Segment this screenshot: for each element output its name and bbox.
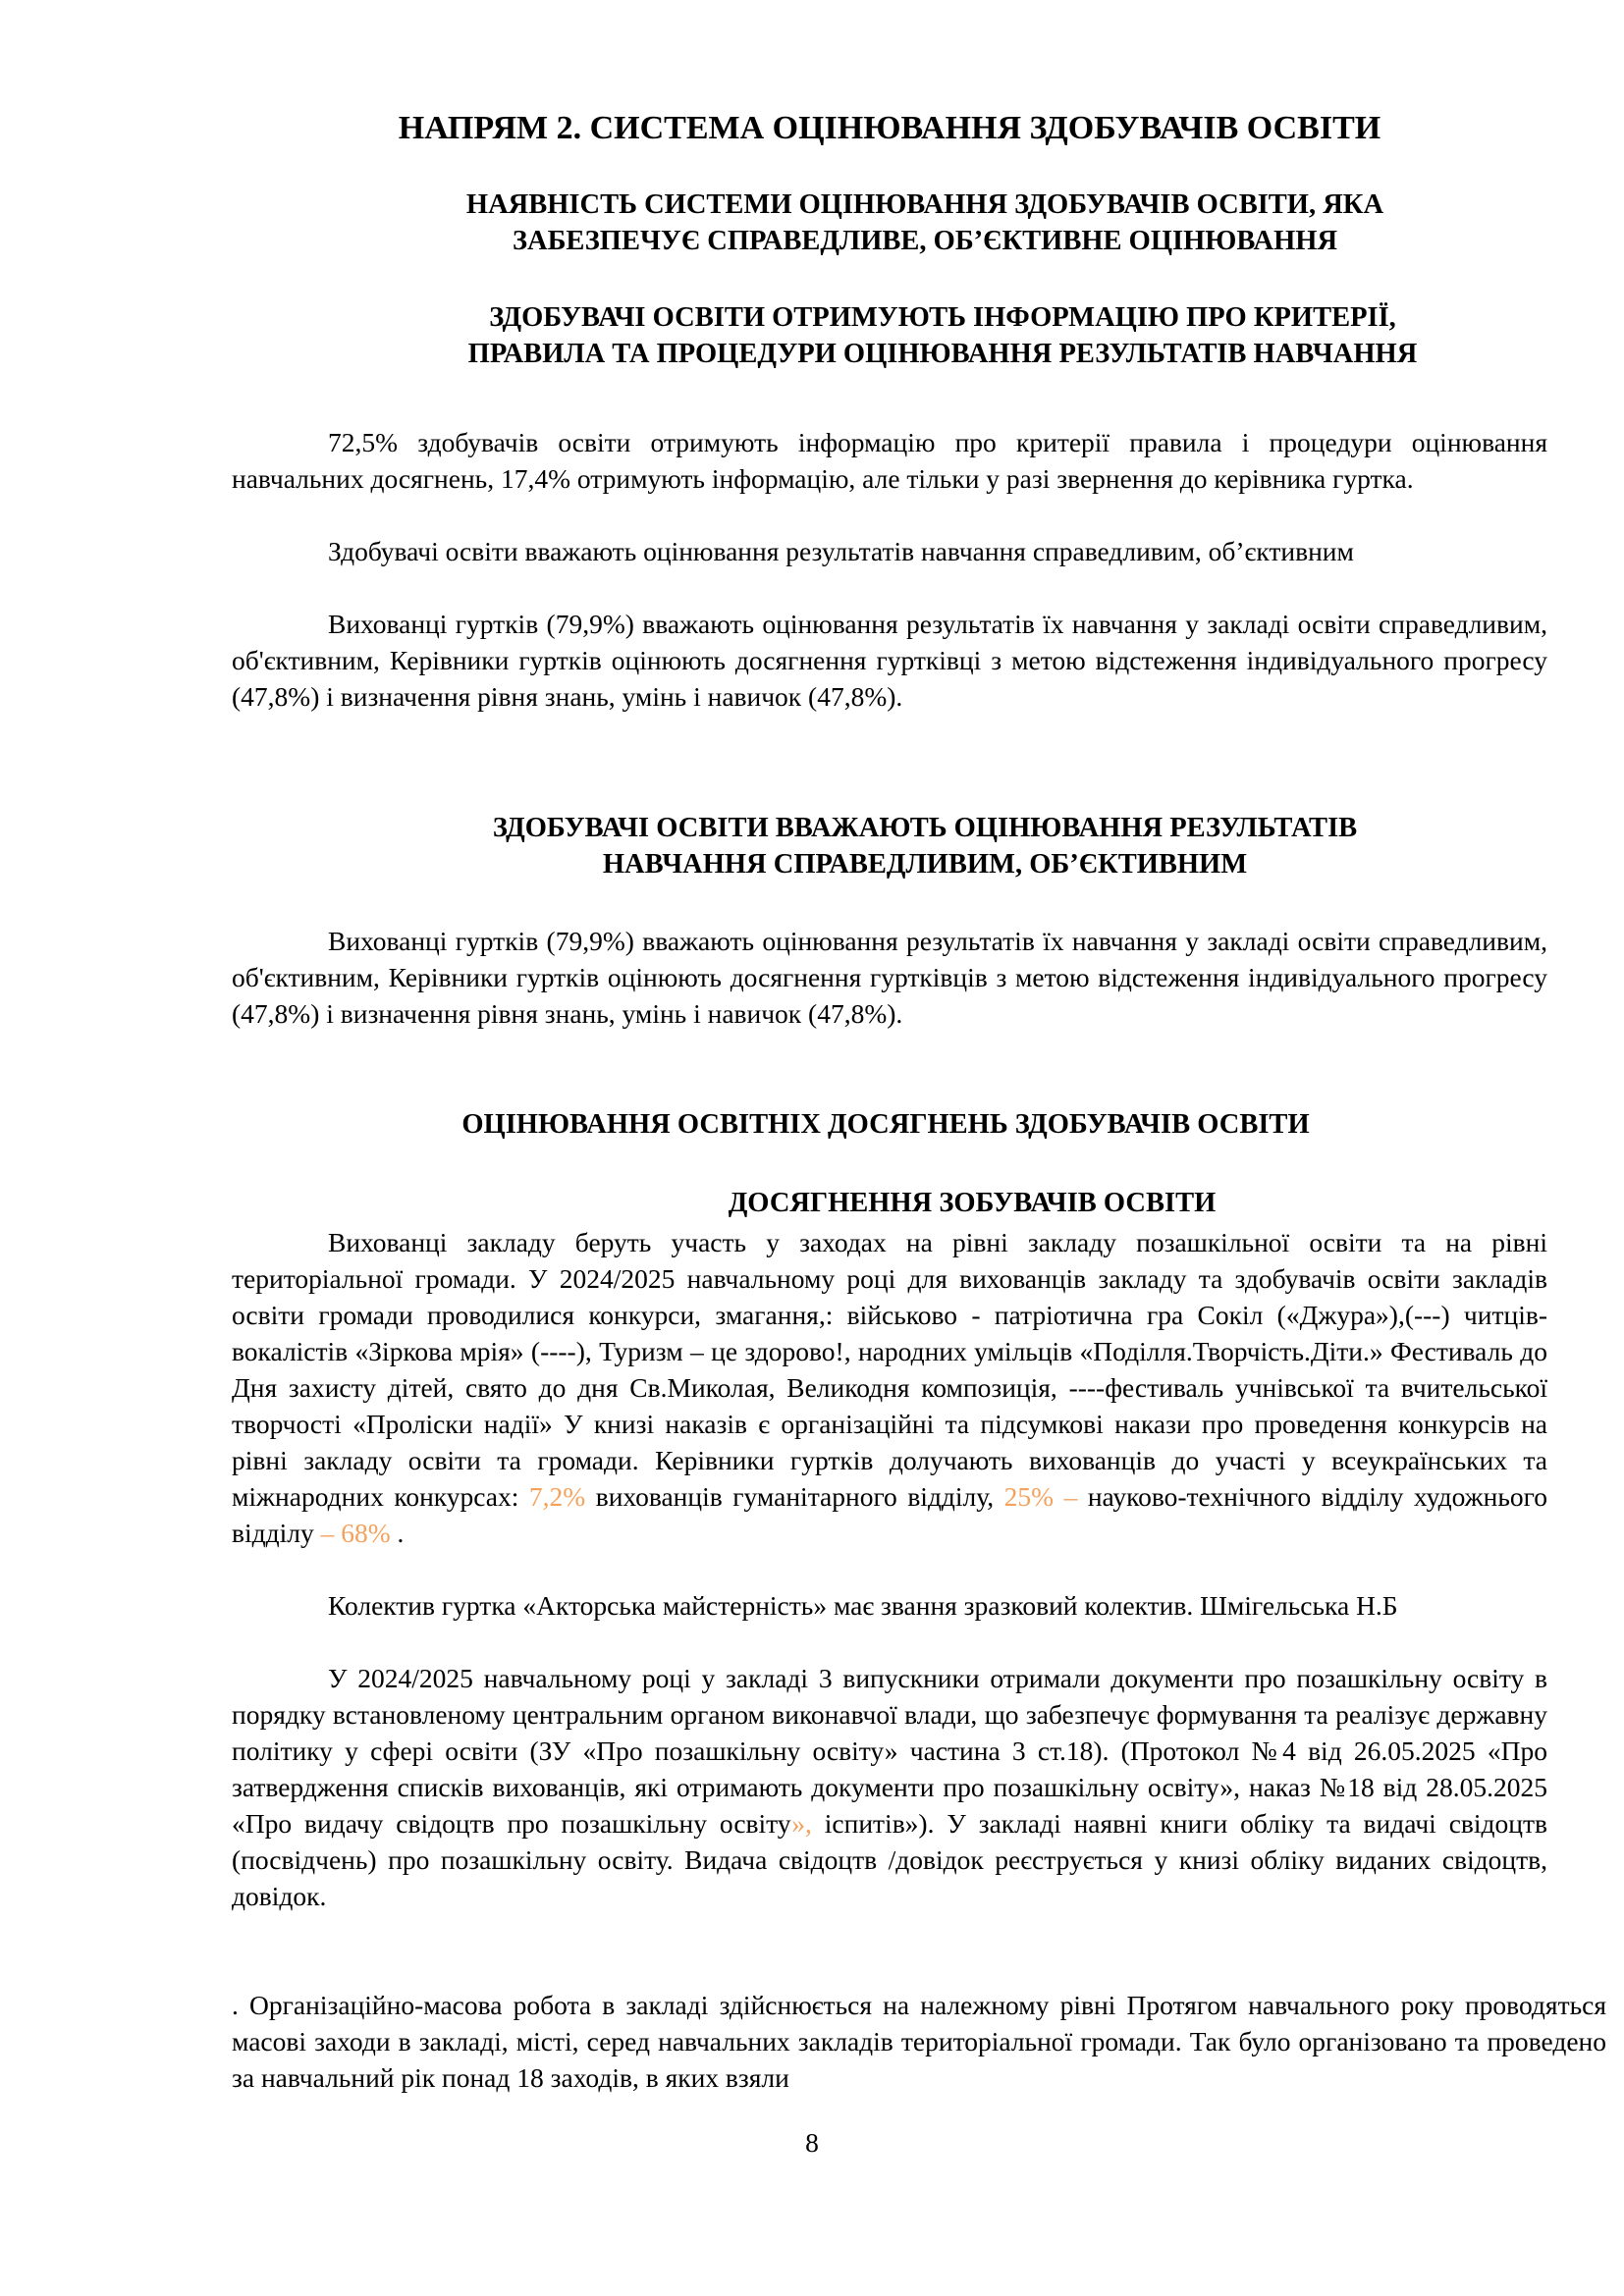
paragraph-text: . bbox=[391, 1518, 405, 1548]
paragraph-text: Здобувачі освіти вважають оцінювання рез… bbox=[328, 536, 1354, 566]
paragraph-text: 72,5% здобувачів освіти отримують інформ… bbox=[232, 427, 1547, 494]
paragraph-mass-events: . Організаційно-масова робота в закладі … bbox=[232, 1987, 1606, 2096]
section-heading-criteria-info-line2: ПРАВИЛА ТА ПРОЦЕДУРИ ОЦІНЮВАННЯ РЕЗУЛЬТА… bbox=[285, 336, 1600, 372]
section-heading-fair-objective-line1: ЗДОБУВАЧІ ОСВІТИ ВВАЖАЮТЬ ОЦІНЮВАННЯ РЕЗ… bbox=[267, 810, 1583, 846]
section-heading-assessment-system-line2: ЗАБЕЗПЕЧУЄ СПРАВЕДЛИВЕ, ОБ’ЄКТИВНЕ ОЦІНЮ… bbox=[267, 223, 1583, 259]
paragraph-graduates-documents: У 2024/2025 навчальному році у закладі 3… bbox=[232, 1660, 1547, 1914]
section-heading-achievements-assessment: ОЦІНЮВАННЯ ОСВІТНІХ ДОСЯГНЕНЬ ЗДОБУВАЧІВ… bbox=[228, 1106, 1543, 1143]
paragraph-competitions: Вихованці закладу беруть участь у захода… bbox=[232, 1224, 1547, 1551]
paragraph-students-opinion-2: Вихованці гуртків (79,9%) вважають оціню… bbox=[232, 923, 1547, 1032]
paragraph-text: Вихованці закладу беруть участь у захода… bbox=[232, 1227, 1547, 1512]
page-number: 8 bbox=[0, 2124, 1624, 2161]
paragraph-exemplary-collective: Колектив гуртка «Акторська майстерність»… bbox=[232, 1587, 1547, 1624]
section-heading-criteria-info-line1: ЗДОБУВАЧІ ОСВІТИ ОТРИМУЮТЬ ІНФОРМАЦІЮ ПР… bbox=[285, 299, 1600, 336]
paragraph-text: Вихованці гуртків (79,9%) вважають оціню… bbox=[232, 609, 1547, 712]
paragraph-fair-assessment: Здобувачі освіти вважають оцінювання рез… bbox=[232, 533, 1547, 569]
paragraph-text: вихованців гуманітарного відділу, bbox=[585, 1481, 1003, 1512]
paragraph-students-opinion-1: Вихованці гуртків (79,9%) вважають оціню… bbox=[232, 606, 1547, 715]
section-heading-assessment-system-line1: НАЯВНІСТЬ СИСТЕМИ ОЦІНЮВАННЯ ЗДОБУВАЧІВ … bbox=[267, 187, 1583, 223]
page-title: НАПРЯМ 2. СИСТЕМА ОЦІНЮВАННЯ ЗДОБУВАЧІВ … bbox=[232, 110, 1547, 146]
highlight-quote-mark: », bbox=[791, 1808, 812, 1839]
section-heading-achievements: ДОСЯГНЕННЯ ЗОБУВАЧІВ ОСВІТИ bbox=[314, 1185, 1624, 1221]
highlight-science-percent: 25% – bbox=[1004, 1481, 1078, 1512]
paragraph-text: Колектив гуртка «Акторська майстерність»… bbox=[328, 1590, 1398, 1621]
paragraph-criteria-info: 72,5% здобувачів освіти отримують інформ… bbox=[232, 424, 1547, 497]
highlight-humanities-percent: 7,2% bbox=[529, 1481, 585, 1512]
highlight-art-percent: – 68% bbox=[321, 1518, 391, 1548]
paragraph-text: Вихованці гуртків (79,9%) вважають оціню… bbox=[232, 926, 1547, 1029]
section-heading-fair-objective-line2: НАВЧАННЯ СПРАВЕДЛИВИМ, ОБ’ЄКТИВНИМ bbox=[267, 846, 1583, 882]
paragraph-text: . Організаційно-масова робота в закладі … bbox=[232, 1990, 1606, 2093]
